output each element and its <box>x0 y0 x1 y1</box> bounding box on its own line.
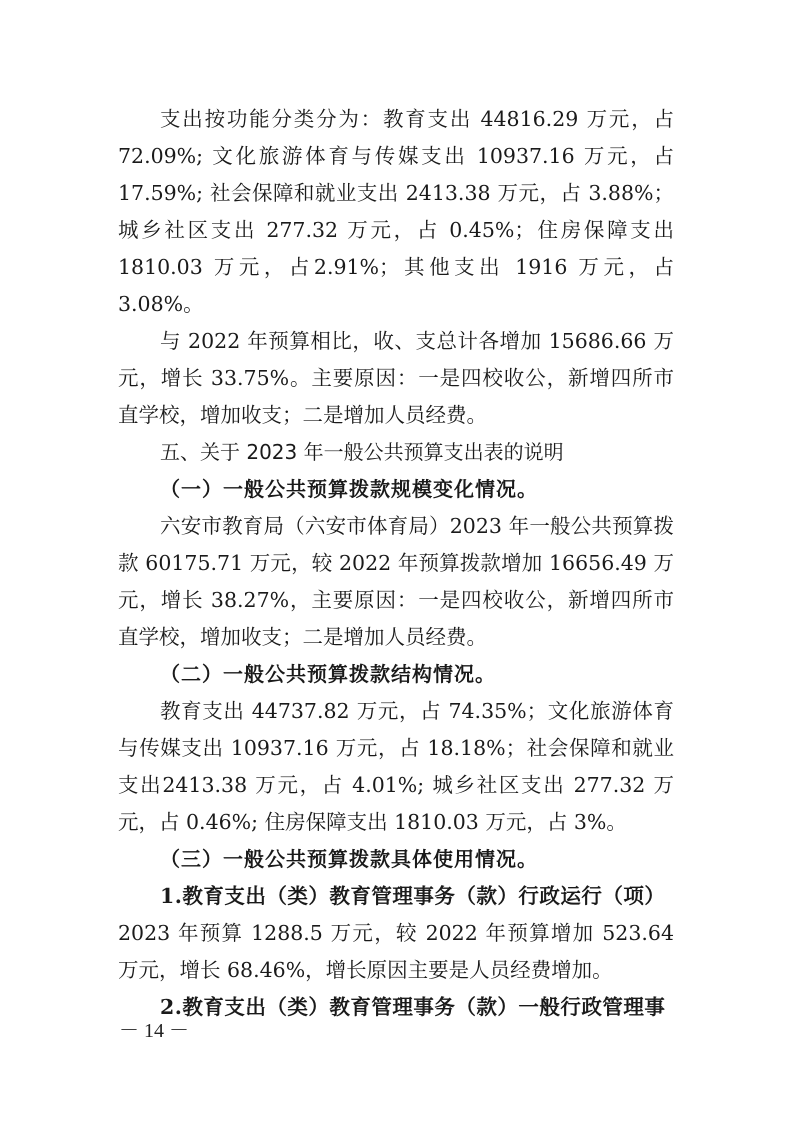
paragraph-scale-change: 六安市教育局（六安市体育局）2023 年一般公共预算拨款 60175.71 万元… <box>118 508 674 656</box>
subheading-specific-usage: （三）一般公共预算拨款具体使用情况。 <box>118 841 674 878</box>
subheading-scale-change: （一）一般公共预算拨款规模变化情况。 <box>118 471 674 508</box>
subheading-structure: （二）一般公共预算拨款结构情况。 <box>118 656 674 693</box>
section-heading-5: 五、关于 2023 年一般公共预算支出表的说明 <box>118 434 674 471</box>
item-title-2: 2.教育支出（类）教育管理事务（款）一般行政管理事 <box>118 989 674 1026</box>
paragraph-structure: 教育支出 44737.82 万元，占 74.35%；文化旅游体育与传媒支出 10… <box>118 693 674 841</box>
paragraph-functional-expenditure: 支出按功能分类分为：教育支出 44816.29 万元，占72.09%; 文化旅游… <box>118 101 674 323</box>
page-number: － 14 － <box>119 1014 189 1043</box>
paragraph-item-1: 2023 年预算 1288.5 万元，较 2022 年预算增加 523.64 万… <box>118 915 674 989</box>
document-page: 支出按功能分类分为：教育支出 44816.29 万元，占72.09%; 文化旅游… <box>118 101 674 1026</box>
item-title-1: 1.教育支出（类）教育管理事务（款）行政运行（项） <box>118 878 674 915</box>
paragraph-year-comparison: 与 2022 年预算相比，收、支总计各增加 15686.66 万元，增长 33.… <box>118 323 674 434</box>
